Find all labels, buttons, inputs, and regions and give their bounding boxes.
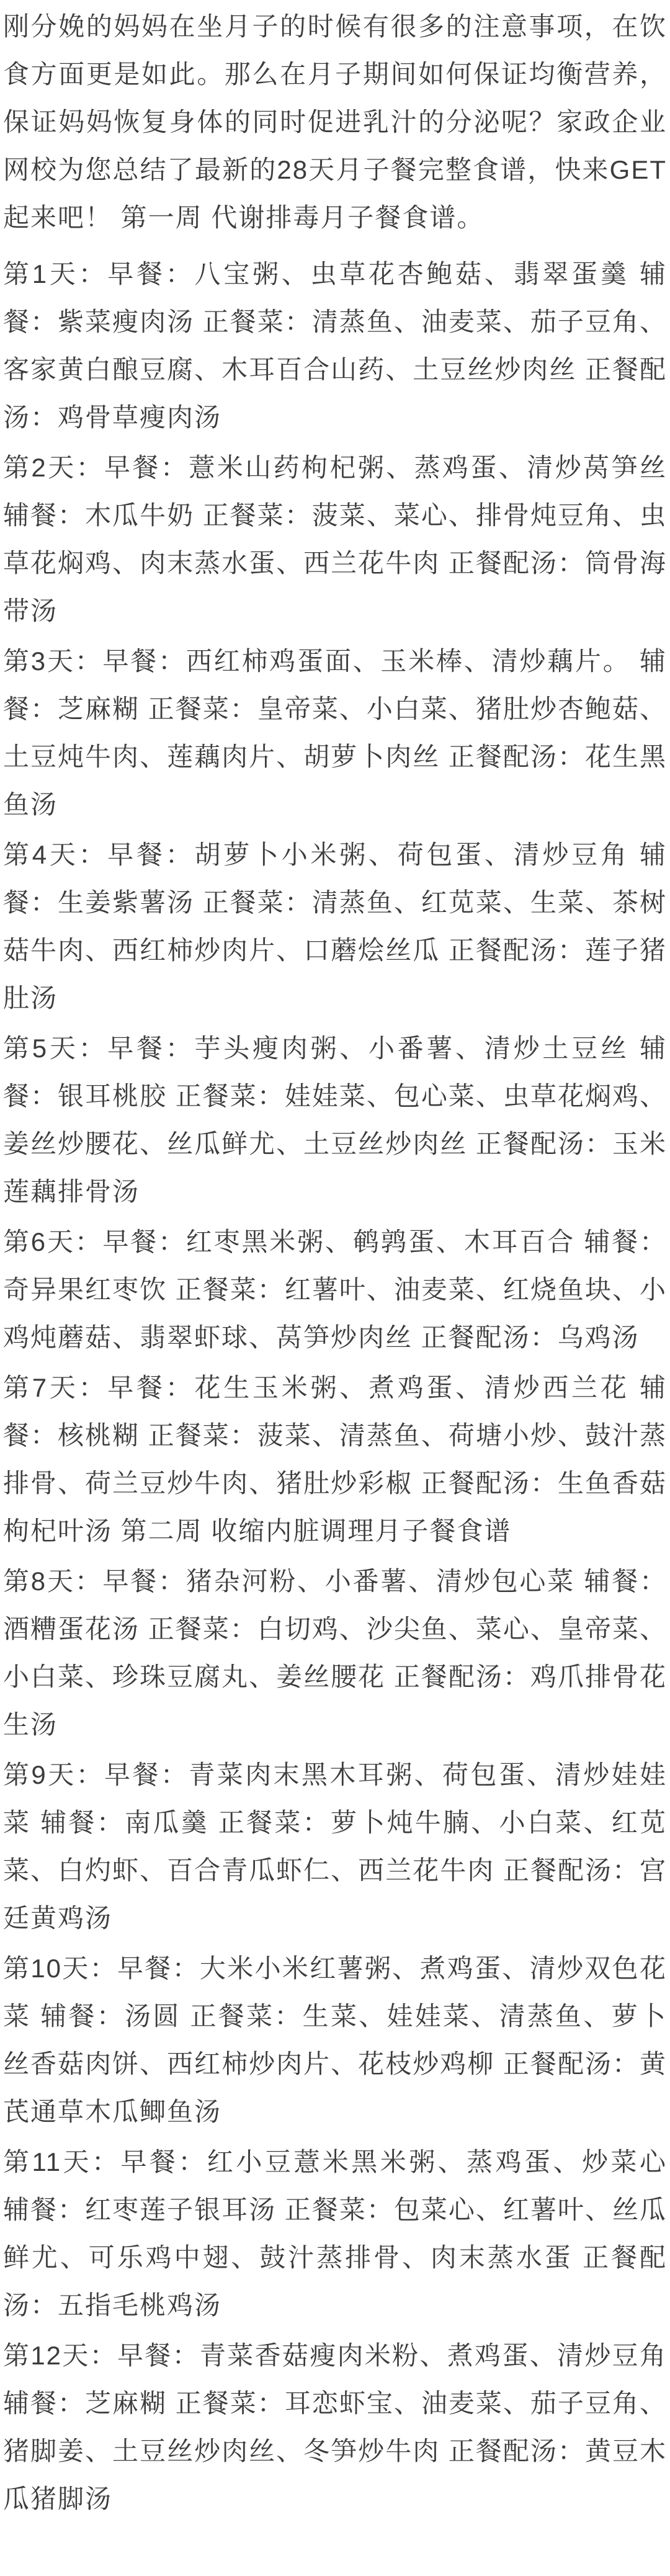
day-1-paragraph: 第1天：早餐：八宝粥、虫草花杏鲍菇、翡翠蛋羹 辅餐：紫菜瘦肉汤 正餐菜：清蒸鱼、… [3, 250, 667, 441]
intro-paragraph: 刚分娩的妈妈在坐月子的时候有很多的注意事项，在饮食方面更是如此。那么在月子期间如… [3, 2, 667, 241]
day-2-paragraph: 第2天：早餐：薏米山药枸杞粥、蒸鸡蛋、清炒莴笋丝 辅餐：木瓜牛奶 正餐菜：菠菜、… [3, 444, 667, 635]
day-10-paragraph: 第10天：早餐：大米小米红薯粥、煮鸡蛋、清炒双色花菜 辅餐：汤圆 正餐菜：生菜、… [3, 1944, 667, 2135]
day-3-paragraph: 第3天：早餐：西红柿鸡蛋面、玉米棒、清炒藕片。 辅餐：芝麻糊 正餐菜：皇帝菜、小… [3, 637, 667, 828]
page: { "page": { "background_color": "#ffffff… [0, 0, 670, 2576]
day-12-paragraph: 第12天：早餐：青菜香菇瘦肉米粉、煮鸡蛋、清炒豆角 辅餐：芝麻糊 正餐菜：耳恋虾… [3, 2332, 667, 2523]
day-8-paragraph: 第8天：早餐：猪杂河粉、小番薯、清炒包心菜 辅餐：酒糟蛋花汤 正餐菜：白切鸡、沙… [3, 1557, 667, 1748]
day-9-paragraph: 第9天：早餐：青菜肉末黑木耳粥、荷包蛋、清炒娃娃菜 辅餐：南瓜羹 正餐菜：萝卜炖… [3, 1751, 667, 1942]
day-6-paragraph: 第6天：早餐：红枣黑米粥、鹌鹑蛋、木耳百合 辅餐：奇异果红枣饮 正餐菜：红薯叶、… [3, 1218, 667, 1361]
day-11-paragraph: 第11天：早餐：红小豆薏米黑米粥、蒸鸡蛋、炒菜心 辅餐：红枣莲子银耳汤 正餐菜：… [3, 2138, 667, 2329]
day-5-paragraph: 第5天：早餐：芋头瘦肉粥、小番薯、清炒土豆丝 辅餐：银耳桃胶 正餐菜：娃娃菜、包… [3, 1024, 667, 1215]
day-4-paragraph: 第4天：早餐：胡萝卜小米粥、荷包蛋、清炒豆角 辅餐：生姜紫薯汤 正餐菜：清蒸鱼、… [3, 831, 667, 1022]
day-7-paragraph: 第7天：早餐：花生玉米粥、煮鸡蛋、清炒西兰花 辅餐：核桃糊 正餐菜：菠菜、清蒸鱼… [3, 1364, 667, 1555]
confinement-meal-plan-article: 刚分娩的妈妈在坐月子的时候有很多的注意事项，在饮食方面更是如此。那么在月子期间如… [0, 0, 670, 2576]
